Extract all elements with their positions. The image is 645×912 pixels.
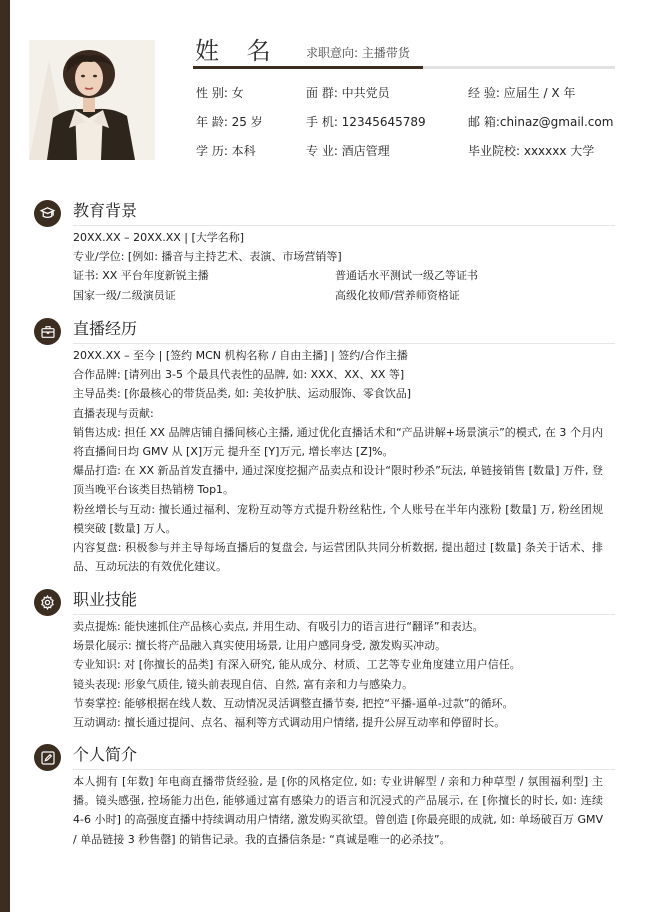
section-education: 教育背景 20XX.XX – 20XX.XX | [大学名称] 专业/学位: [… (34, 198, 624, 305)
left-accent-bar (0, 0, 10, 912)
info-row: 学 历: 本科 专 业: 酒店管理 毕业院校: xxxxxx 大学 (196, 142, 636, 171)
section-title: 个人简介 (73, 744, 137, 766)
section-rule (73, 343, 615, 344)
achievement-review: 内容复盘: 积极参与并主导每场直播后的复盘会, 与运营团队共同分析数据, 提出超… (73, 538, 603, 576)
certificate: 普通话水平测试一级乙等证书 (335, 266, 478, 285)
skill-item: 互动调动: 擅长通过提问、点名、福利等方式调动用户情绪, 提升公屏互动率和停留时… (73, 713, 603, 732)
achievement-fans: 粉丝增长与互动: 擅长通过福利、宠粉互动等方式提升粉丝粘性, 个人账号在半年内涨… (73, 500, 603, 538)
header-rule-dark (193, 66, 423, 69)
major: 专 业: 酒店管理 (306, 142, 390, 159)
section-skills: 职业技能 卖点提炼: 能快速抓住产品核心卖点, 并用生动、有吸引力的语言进行“翻… (34, 587, 624, 732)
education-major: 专业/学位: [例如: 播音与主持艺术、表演、市场营销等] (73, 247, 603, 266)
age: 年 龄: 25 岁 (196, 113, 263, 130)
experience: 经 验: 应届生 / X 年 (468, 84, 575, 101)
certificate: 高级化妆师/营养师资格证 (335, 286, 460, 305)
achievement-sales: 销售达成: 担任 XX 品牌店铺自播间核心主播, 通过优化直播话术和“产品讲解+… (73, 423, 603, 461)
main-categories: 主导品类: [你最核心的带货品类, 如: 美妆护肤、运动服饰、零食饮品] (73, 384, 603, 403)
job-intent: 求职意向: 主播带货 (306, 44, 410, 61)
gender: 性 别: 女 (196, 84, 244, 101)
profile-photo (29, 40, 155, 160)
skill-item: 节奏掌控: 能够根据在线人数、互动情况灵活调整直播节奏, 把控“平播-逼单-过款… (73, 694, 603, 713)
skill-item: 镜头表现: 形象气质佳, 镜头前表现自信、自然, 富有亲和力与感染力。 (73, 675, 603, 694)
briefcase-icon (34, 318, 61, 345)
achievement-hit-product: 爆品打造: 在 XX 新品首发直播中, 通过深度挖掘产品卖点和设计“限时秒杀”玩… (73, 461, 603, 499)
live-dates: 20XX.XX – 至今 | [签约 MCN 机构名称 / 自由主播] | 签约… (73, 346, 603, 365)
section-rule (73, 225, 615, 226)
graduation-cap-icon (34, 200, 61, 227)
info-row: 性 别: 女 面 群: 中共党员 经 验: 应届生 / X 年 (196, 84, 636, 113)
cert-row: 国家一级/二级演员证 高级化妆师/营养师资格证 (73, 286, 603, 305)
section-title: 直播经历 (73, 318, 137, 340)
skill-item: 卖点提炼: 能快速抓住产品核心卖点, 并用生动、有吸引力的语言进行“翻译”和表达… (73, 617, 603, 636)
contributions-label: 直播表现与贡献: (73, 404, 603, 423)
phone: 手 机: 12345645789 (306, 113, 426, 130)
header-rule-light (423, 66, 615, 69)
section-live-experience: 直播经历 20XX.XX – 至今 | [签约 MCN 机构名称 / 自由主播]… (34, 316, 624, 576)
profile-text: 本人拥有 [年数] 年电商直播带货经验, 是 [你的风格定位, 如: 专业讲解型… (73, 772, 603, 849)
certificate: 国家一级/二级演员证 (73, 286, 176, 305)
skill-item: 专业知识: 对 [你擅长的品类] 有深入研究, 能从成分、材质、工艺等专业角度建… (73, 655, 603, 674)
university: 毕业院校: xxxxxx 大学 (468, 142, 594, 159)
section-rule (73, 769, 615, 770)
personal-info: 性 别: 女 面 群: 中共党员 经 验: 应届生 / X 年 年 龄: 25 … (196, 84, 636, 171)
section-rule (73, 614, 615, 615)
section-profile: 个人简介 本人拥有 [年数] 年电商直播带货经验, 是 [你的风格定位, 如: … (34, 742, 624, 849)
section-title: 职业技能 (73, 589, 137, 611)
education-level: 学 历: 本科 (196, 142, 256, 159)
partner-brands: 合作品牌: [请列出 3-5 个最具代表性的品牌, 如: XXX、XX、XX 等… (73, 365, 603, 384)
pencil-edit-icon (34, 744, 61, 771)
gear-icon (34, 589, 61, 616)
section-title: 教育背景 (73, 200, 137, 222)
certificate: 证书: XX 平台年度新锐主播 (73, 266, 209, 285)
cert-row: 证书: XX 平台年度新锐主播 普通话水平测试一级乙等证书 (73, 266, 603, 285)
education-dates: 20XX.XX – 20XX.XX | [大学名称] (73, 228, 603, 247)
email: 邮 箱:chinaz@gmail.com (468, 113, 613, 130)
political-status: 面 群: 中共党员 (306, 84, 390, 101)
candidate-name: 姓 名 (195, 36, 281, 66)
info-row: 年 龄: 25 岁 手 机: 12345645789 邮 箱:chinaz@gm… (196, 113, 636, 142)
skill-item: 场景化展示: 擅长将产品融入真实使用场景, 让用户感同身受, 激发购买冲动。 (73, 636, 603, 655)
